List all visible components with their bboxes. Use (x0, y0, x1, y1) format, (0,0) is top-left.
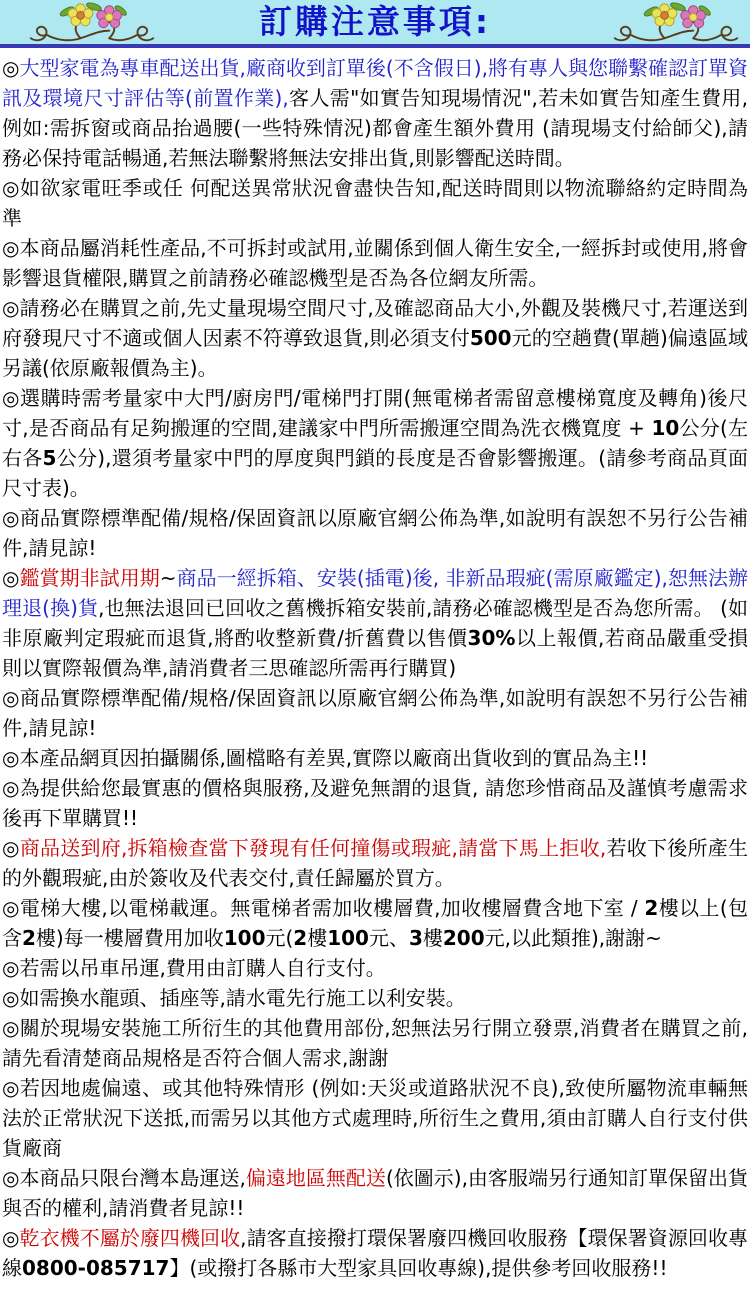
floral-swirl-icon (606, 0, 746, 44)
notice-text: 本產品網頁因拍攝關係,圖檔略有差異,實際以廠商出貨收到的實品為主!! (19, 746, 648, 770)
bullet-icon: ◎ (2, 236, 20, 260)
notice-paragraph: ◎為提供給您最實惠的價格與服務,及避免無謂的退貨, 請您珍惜商品及謹慎考慮需求後… (2, 773, 748, 833)
notice-text: 若需以吊車吊運,費用由訂購人自行支付。 (19, 956, 385, 980)
notice-text: 商品實際標準配備/規格/保固資訊以原廠官網公佈為準,如說明有誤恕不另行公告補件,… (2, 686, 748, 740)
bullet-icon: ◎ (2, 296, 20, 320)
notice-paragraph: ◎大型家電為專車配送出貨,廠商收到訂單後(不含假日),將有專人與您聯繫確認訂單資… (2, 53, 748, 173)
bullet-icon: ◎ (2, 176, 20, 200)
order-notice-page: 訂購注意事項: ◎大型家電為專車配送出貨,廠商收到訂單後(不含假日),將有專人與… (0, 0, 750, 1293)
notice-paragraph: ◎鑑賞期非試用期~商品一經拆箱、安裝(插電)後, 非新品瑕疵(需原廠鑑定),恕無… (2, 563, 748, 683)
notice-paragraph: ◎關於現場安裝施工所衍生的其他費用部份,恕無法另行開立發票,消費者在購買之前,請… (2, 1013, 748, 1073)
notice-text: 請務必在購買之前,先丈量現場空間尺寸,及確認商品大小,外觀及裝機尺寸,若運送到府… (2, 296, 748, 380)
bullet-icon: ◎ (2, 56, 19, 80)
notice-text: 本商品屬消耗性產品,不可拆封或試用,並關係到個人衛生安全,一經拆封或使用,將會影… (2, 236, 748, 290)
bullet-icon: ◎ (2, 1076, 20, 1100)
notice-text: 本商品只限台灣本島運送, (19, 1166, 245, 1190)
bullet-icon: ◎ (2, 896, 20, 920)
notice-paragraph: ◎商品送到府,拆箱檢查當下發現有任何撞傷或瑕疵,請當下馬上拒收,若收下後所產生的… (2, 833, 748, 893)
notice-text: 如需換水龍頭、插座等,請水電先行施工以利安裝。 (19, 986, 465, 1010)
notice-paragraph: ◎電梯大樓,以電梯載運。無電梯者需加收樓層費,加收樓層費含地下室 / 2樓以上(… (2, 893, 748, 953)
bullet-icon: ◎ (2, 836, 20, 860)
bullet-icon: ◎ (2, 956, 19, 980)
notice-paragraph: ◎如需換水龍頭、插座等,請水電先行施工以利安裝。 (2, 983, 748, 1013)
bullet-icon: ◎ (2, 386, 20, 410)
notice-text: 關於現場安裝施工所衍生的其他費用部份,恕無法另行開立發票,消費者在購買之前,請先… (2, 1016, 748, 1070)
bullet-icon: ◎ (2, 746, 19, 770)
notice-paragraph: ◎請務必在購買之前,先丈量現場空間尺寸,及確認商品大小,外觀及裝機尺寸,若運送到… (2, 293, 748, 383)
notice-text: 商品送到府,拆箱檢查當下發現有任何撞傷或瑕疵,請當下馬上拒收, (20, 836, 607, 860)
notices: ◎大型家電為專車配送出貨,廠商收到訂單後(不含假日),將有專人與您聯繫確認訂單資… (0, 48, 750, 1293)
notice-text: 電梯大樓,以電梯載運。無電梯者需加收樓層費,加收樓層費含地下室 / 2樓以上(包… (2, 896, 748, 950)
notice-text: ~ (160, 566, 177, 590)
notice-text: 商品實際標準配備/規格/保固資訊以原廠官網公佈為準,如說明有誤恕不另行公告補件,… (2, 506, 748, 560)
bullet-icon: ◎ (2, 986, 19, 1010)
notice-paragraph: ◎本產品網頁因拍攝關係,圖檔略有差異,實際以廠商出貨收到的實品為主!! (2, 743, 748, 773)
notice-text: ,也無法退回已回收之舊機拆箱安裝前,請務必確認機型是否為您所需。 (如非原廠判定… (2, 596, 748, 680)
bullet-icon: ◎ (2, 1166, 19, 1190)
notice-text: 為提供給您最實惠的價格與服務,及避免無謂的退貨, 請您珍惜商品及謹慎考慮需求後再… (2, 776, 748, 830)
notice-text: 乾衣機不屬於廢四機回收 (20, 1226, 241, 1250)
bullet-icon: ◎ (2, 686, 20, 710)
notice-paragraph: ◎本商品屬消耗性產品,不可拆封或試用,並關係到個人衛生安全,一經拆封或使用,將會… (2, 233, 748, 293)
notice-text: 選購時需考量家中大門/廚房門/電梯門打開(無電梯者需留意樓梯寬度及轉角)後尺寸,… (2, 386, 748, 500)
bullet-icon: ◎ (2, 566, 20, 590)
notice-text: 若因地處偏遠、或其他特殊情形 (例如:天災或道路狀況不良),致使所屬物流車輛無法… (2, 1076, 748, 1160)
notice-paragraph: ◎若需以吊車吊運,費用由訂購人自行支付。 (2, 953, 748, 983)
bullet-icon: ◎ (2, 776, 20, 800)
notice-text: 鑑賞期非試用期 (20, 566, 160, 590)
header-banner: 訂購注意事項: (0, 0, 750, 48)
bullet-icon: ◎ (2, 1226, 20, 1250)
notice-paragraph: ◎乾衣機不屬於廢四機回收,請客直接撥打環保署廢四機回收服務【環保署資源回收專線0… (2, 1223, 748, 1283)
bullet-icon: ◎ (2, 1016, 20, 1040)
notice-paragraph: ◎如欲家電旺季或任 何配送異常狀況會盡快告知,配送時間則以物流聯絡約定時間為準 (2, 173, 748, 233)
notice-paragraph: ◎商品實際標準配備/規格/保固資訊以原廠官網公佈為準,如說明有誤恕不另行公告補件… (2, 503, 748, 563)
notice-text: 偏遠地區無配送 (246, 1166, 386, 1190)
bullet-icon: ◎ (2, 506, 20, 530)
notice-paragraph: ◎若因地處偏遠、或其他特殊情形 (例如:天災或道路狀況不良),致使所屬物流車輛無… (2, 1073, 748, 1163)
notice-paragraph: ◎本商品只限台灣本島運送,偏遠地區無配送(依圖示),由客服端另行通知訂單保留出貨… (2, 1163, 748, 1223)
notice-text: 如欲家電旺季或任 何配送異常狀況會盡快告知,配送時間則以物流聯絡約定時間為準 (2, 176, 748, 230)
notice-paragraph: ◎商品實際標準配備/規格/保固資訊以原廠官網公佈為準,如說明有誤恕不另行公告補件… (2, 683, 748, 743)
notice-paragraph: ◎選購時需考量家中大門/廚房門/電梯門打開(無電梯者需留意樓梯寬度及轉角)後尺寸… (2, 383, 748, 503)
